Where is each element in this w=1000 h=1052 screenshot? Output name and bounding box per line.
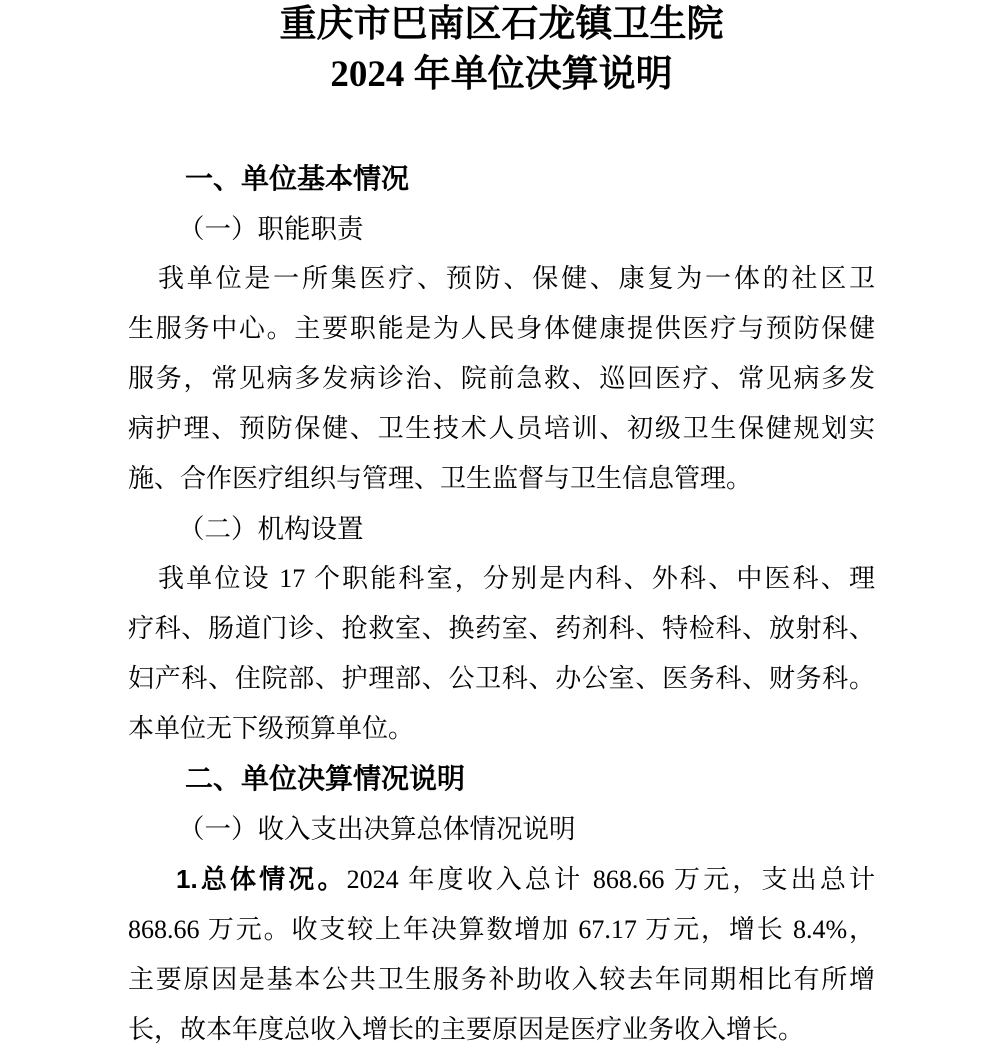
sub-heading: （二）机构设置 xyxy=(128,504,875,554)
paragraph-line-text: 2024 年度收入总计 868.66 万元，支出总计 xyxy=(347,865,875,894)
paragraph-line: 施、合作医疗组织与管理、卫生监督与卫生信息管理。 xyxy=(128,454,875,504)
paragraph-lead-label: 1.总体情况。 xyxy=(176,864,347,894)
paragraph-line: 妇产科、住院部、护理部、公卫科、办公室、医务科、财务科。 xyxy=(128,654,875,704)
sub-heading: （一）收入支出决算总体情况说明 xyxy=(128,804,875,854)
paragraph-line: 本单位无下级预算单位。 xyxy=(128,704,875,754)
paragraph-line: 主要原因是基本公共卫生服务补助收入较去年同期相比有所增 xyxy=(128,955,875,1005)
paragraph-line: 我单位设 17 个职能科室，分别是内科、外科、中医科、理 xyxy=(128,554,875,604)
paragraph-line: 生服务中心。主要职能是为人民身体健康提供医疗与预防保健 xyxy=(128,304,875,354)
paragraph-line: 长，故本年度总收入增长的主要原因是医疗业务收入增长。 xyxy=(128,1005,875,1052)
document-title: 重庆市巴南区石龙镇卫生院 2024 年单位决算说明 xyxy=(128,0,875,100)
document-title-line-1: 重庆市巴南区石龙镇卫生院 xyxy=(128,0,875,50)
paragraph-line: 868.66 万元。收支较上年决算数增加 67.17 万元，增长 8.4%， xyxy=(128,905,875,955)
paragraph-line: 服务，常见病多发病诊治、院前急救、巡回医疗、常见病多发 xyxy=(128,354,875,404)
paragraph-line: 我单位是一所集医疗、预防、保健、康复为一体的社区卫 xyxy=(128,254,875,304)
text-column: 重庆市巴南区石龙镇卫生院 2024 年单位决算说明 一、单位基本情况 （一）职能… xyxy=(128,0,875,1052)
paragraph-line: 病护理、预防保健、卫生技术人员培训、初级卫生保健规划实 xyxy=(128,404,875,454)
document-body: 一、单位基本情况 （一）职能职责 我单位是一所集医疗、预防、保健、康复为一体的社… xyxy=(128,154,875,1052)
document-page: 重庆市巴南区石龙镇卫生院 2024 年单位决算说明 一、单位基本情况 （一）职能… xyxy=(0,0,1000,1052)
paragraph-line: 1.总体情况。2024 年度收入总计 868.66 万元，支出总计 xyxy=(128,854,875,905)
section-heading: 一、单位基本情况 xyxy=(128,154,875,204)
section-heading: 二、单位决算情况说明 xyxy=(128,754,875,804)
paragraph-line: 疗科、肠道门诊、抢救室、换药室、药剂科、特检科、放射科、 xyxy=(128,604,875,654)
sub-heading: （一）职能职责 xyxy=(128,204,875,254)
document-title-line-2: 2024 年单位决算说明 xyxy=(128,50,875,100)
